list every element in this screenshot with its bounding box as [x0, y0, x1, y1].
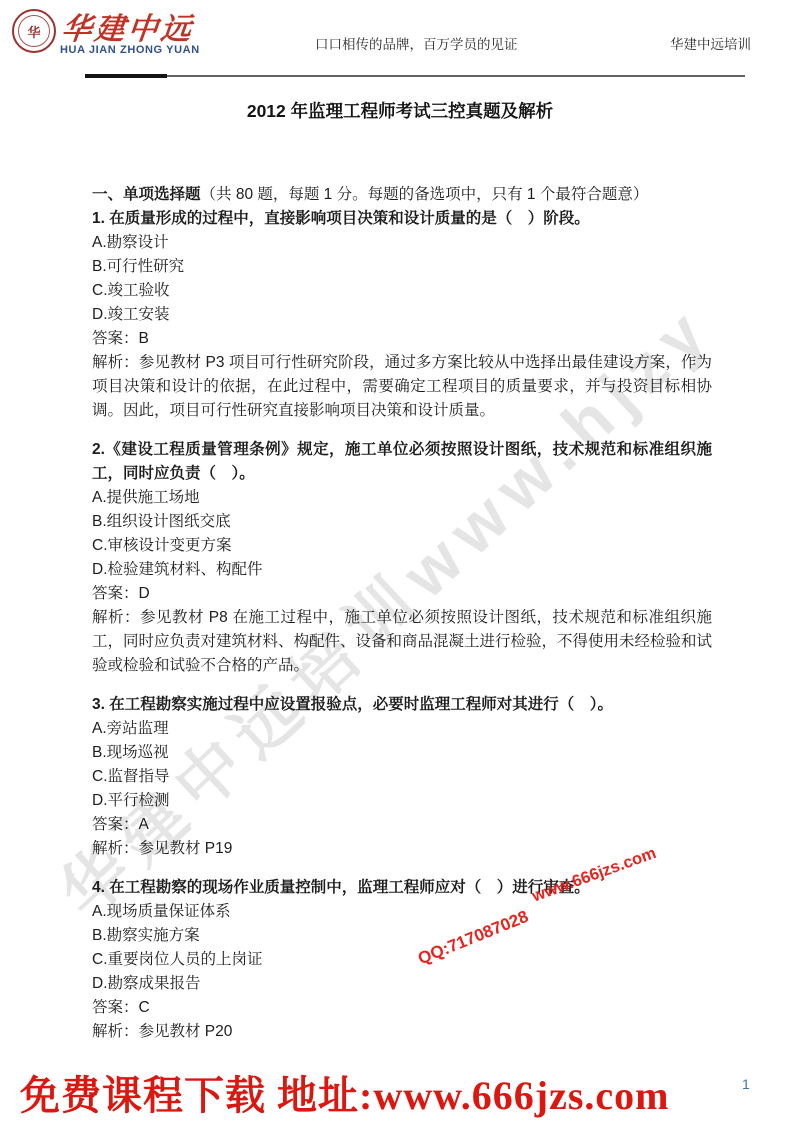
option-b: B.现场巡视	[92, 741, 712, 765]
question-block-1: 1. 在质量形成的过程中，直接影响项目决策和设计质量的是（ ）阶段。 A.勘察设…	[92, 207, 712, 423]
option-c: C.监督指导	[92, 765, 712, 789]
option-a: A.提供施工场地	[92, 486, 712, 510]
page-number: 1	[742, 1076, 750, 1092]
question-stem: 2.《建设工程质量管理条例》规定，施工单位必须按照设计图纸，技术规范和标准组织施…	[92, 438, 712, 486]
option-a: A.旁站监理	[92, 717, 712, 741]
exam-content: 一、单项选择题（共 80 题，每题 1 分。每题的备选项中，只有 1 个最符合题…	[92, 183, 712, 1044]
analysis-line: 解析：参见教材 P8 在施工过程中，施工单位必须按照设计图纸，技术规范和标准组织…	[92, 606, 712, 678]
answer-line: 答案：A	[92, 813, 712, 837]
analysis-line: 解析：参见教材 P20	[92, 1020, 712, 1044]
page-title: 2012 年监理工程师考试三控真题及解析	[0, 98, 800, 123]
brand-name-en: HUA JIAN ZHONG YUAN	[60, 44, 200, 56]
section-heading-note: （共 80 题，每题 1 分。每题的备选项中，只有 1 个最符合题意）	[201, 186, 649, 203]
option-c: C.竣工验收	[92, 279, 712, 303]
header-divider	[85, 74, 745, 78]
option-a: A.现场质量保证体系	[92, 900, 712, 924]
section-heading-name: 一、单项选择题	[92, 186, 201, 203]
question-block-2: 2.《建设工程质量管理条例》规定，施工单位必须按照设计图纸，技术规范和标准组织施…	[92, 438, 712, 678]
footer-download-text: 免费课程下载 地址:www.666jzs.com	[20, 1064, 670, 1121]
option-c: C.重要岗位人员的上岗证	[92, 948, 712, 972]
header-divider-thick-segment	[85, 74, 167, 78]
answer-line: 答案：B	[92, 327, 712, 351]
option-b: B.组织设计图纸交底	[92, 510, 712, 534]
option-b: B.可行性研究	[92, 255, 712, 279]
option-a: A.勘察设计	[92, 231, 712, 255]
answer-line: 答案：D	[92, 582, 712, 606]
question-stem: 1. 在质量形成的过程中，直接影响项目决策和设计质量的是（ ）阶段。	[92, 207, 712, 231]
answer-line: 答案：C	[92, 996, 712, 1020]
option-d: D.检验建筑材料、构配件	[92, 558, 712, 582]
section-heading: 一、单项选择题（共 80 题，每题 1 分。每题的备选项中，只有 1 个最符合题…	[92, 183, 712, 207]
brand-seal-char: 华	[18, 15, 50, 47]
question-stem: 3. 在工程勘察实施过程中应设置报验点，必要时监理工程师对其进行（ ）。	[92, 693, 712, 717]
option-d: D.平行检测	[92, 789, 712, 813]
document-page: 华建中远培训www.hjzy 华 华建中远 HUA JIAN ZHONG YUA…	[0, 0, 800, 1131]
brand-seal-icon: 华	[12, 9, 56, 53]
analysis-line: 解析：参见教材 P3 项目可行性研究阶段，通过多方案比较从中选择出最佳建设方案，…	[92, 351, 712, 423]
option-d: D.勘察成果报告	[92, 972, 712, 996]
option-b: B.勘察实施方案	[92, 924, 712, 948]
option-d: D.竣工安装	[92, 303, 712, 327]
question-stem: 4. 在工程勘察的现场作业质量控制中，监理工程师应对（ ）进行审查。	[92, 876, 712, 900]
question-block-3: 3. 在工程勘察实施过程中应设置报验点，必要时监理工程师对其进行（ ）。 A.旁…	[92, 693, 712, 861]
header-divider-thin-segment	[167, 75, 745, 77]
header-right-text: 华建中远培训	[670, 33, 751, 53]
option-c: C.审核设计变更方案	[92, 534, 712, 558]
question-block-4: 4. 在工程勘察的现场作业质量控制中，监理工程师应对（ ）进行审查。 A.现场质…	[92, 876, 712, 1044]
brand-name-cn: 华建中远	[60, 4, 197, 48]
header-slogan: 口口相传的品牌，百万学员的见证	[315, 33, 518, 53]
